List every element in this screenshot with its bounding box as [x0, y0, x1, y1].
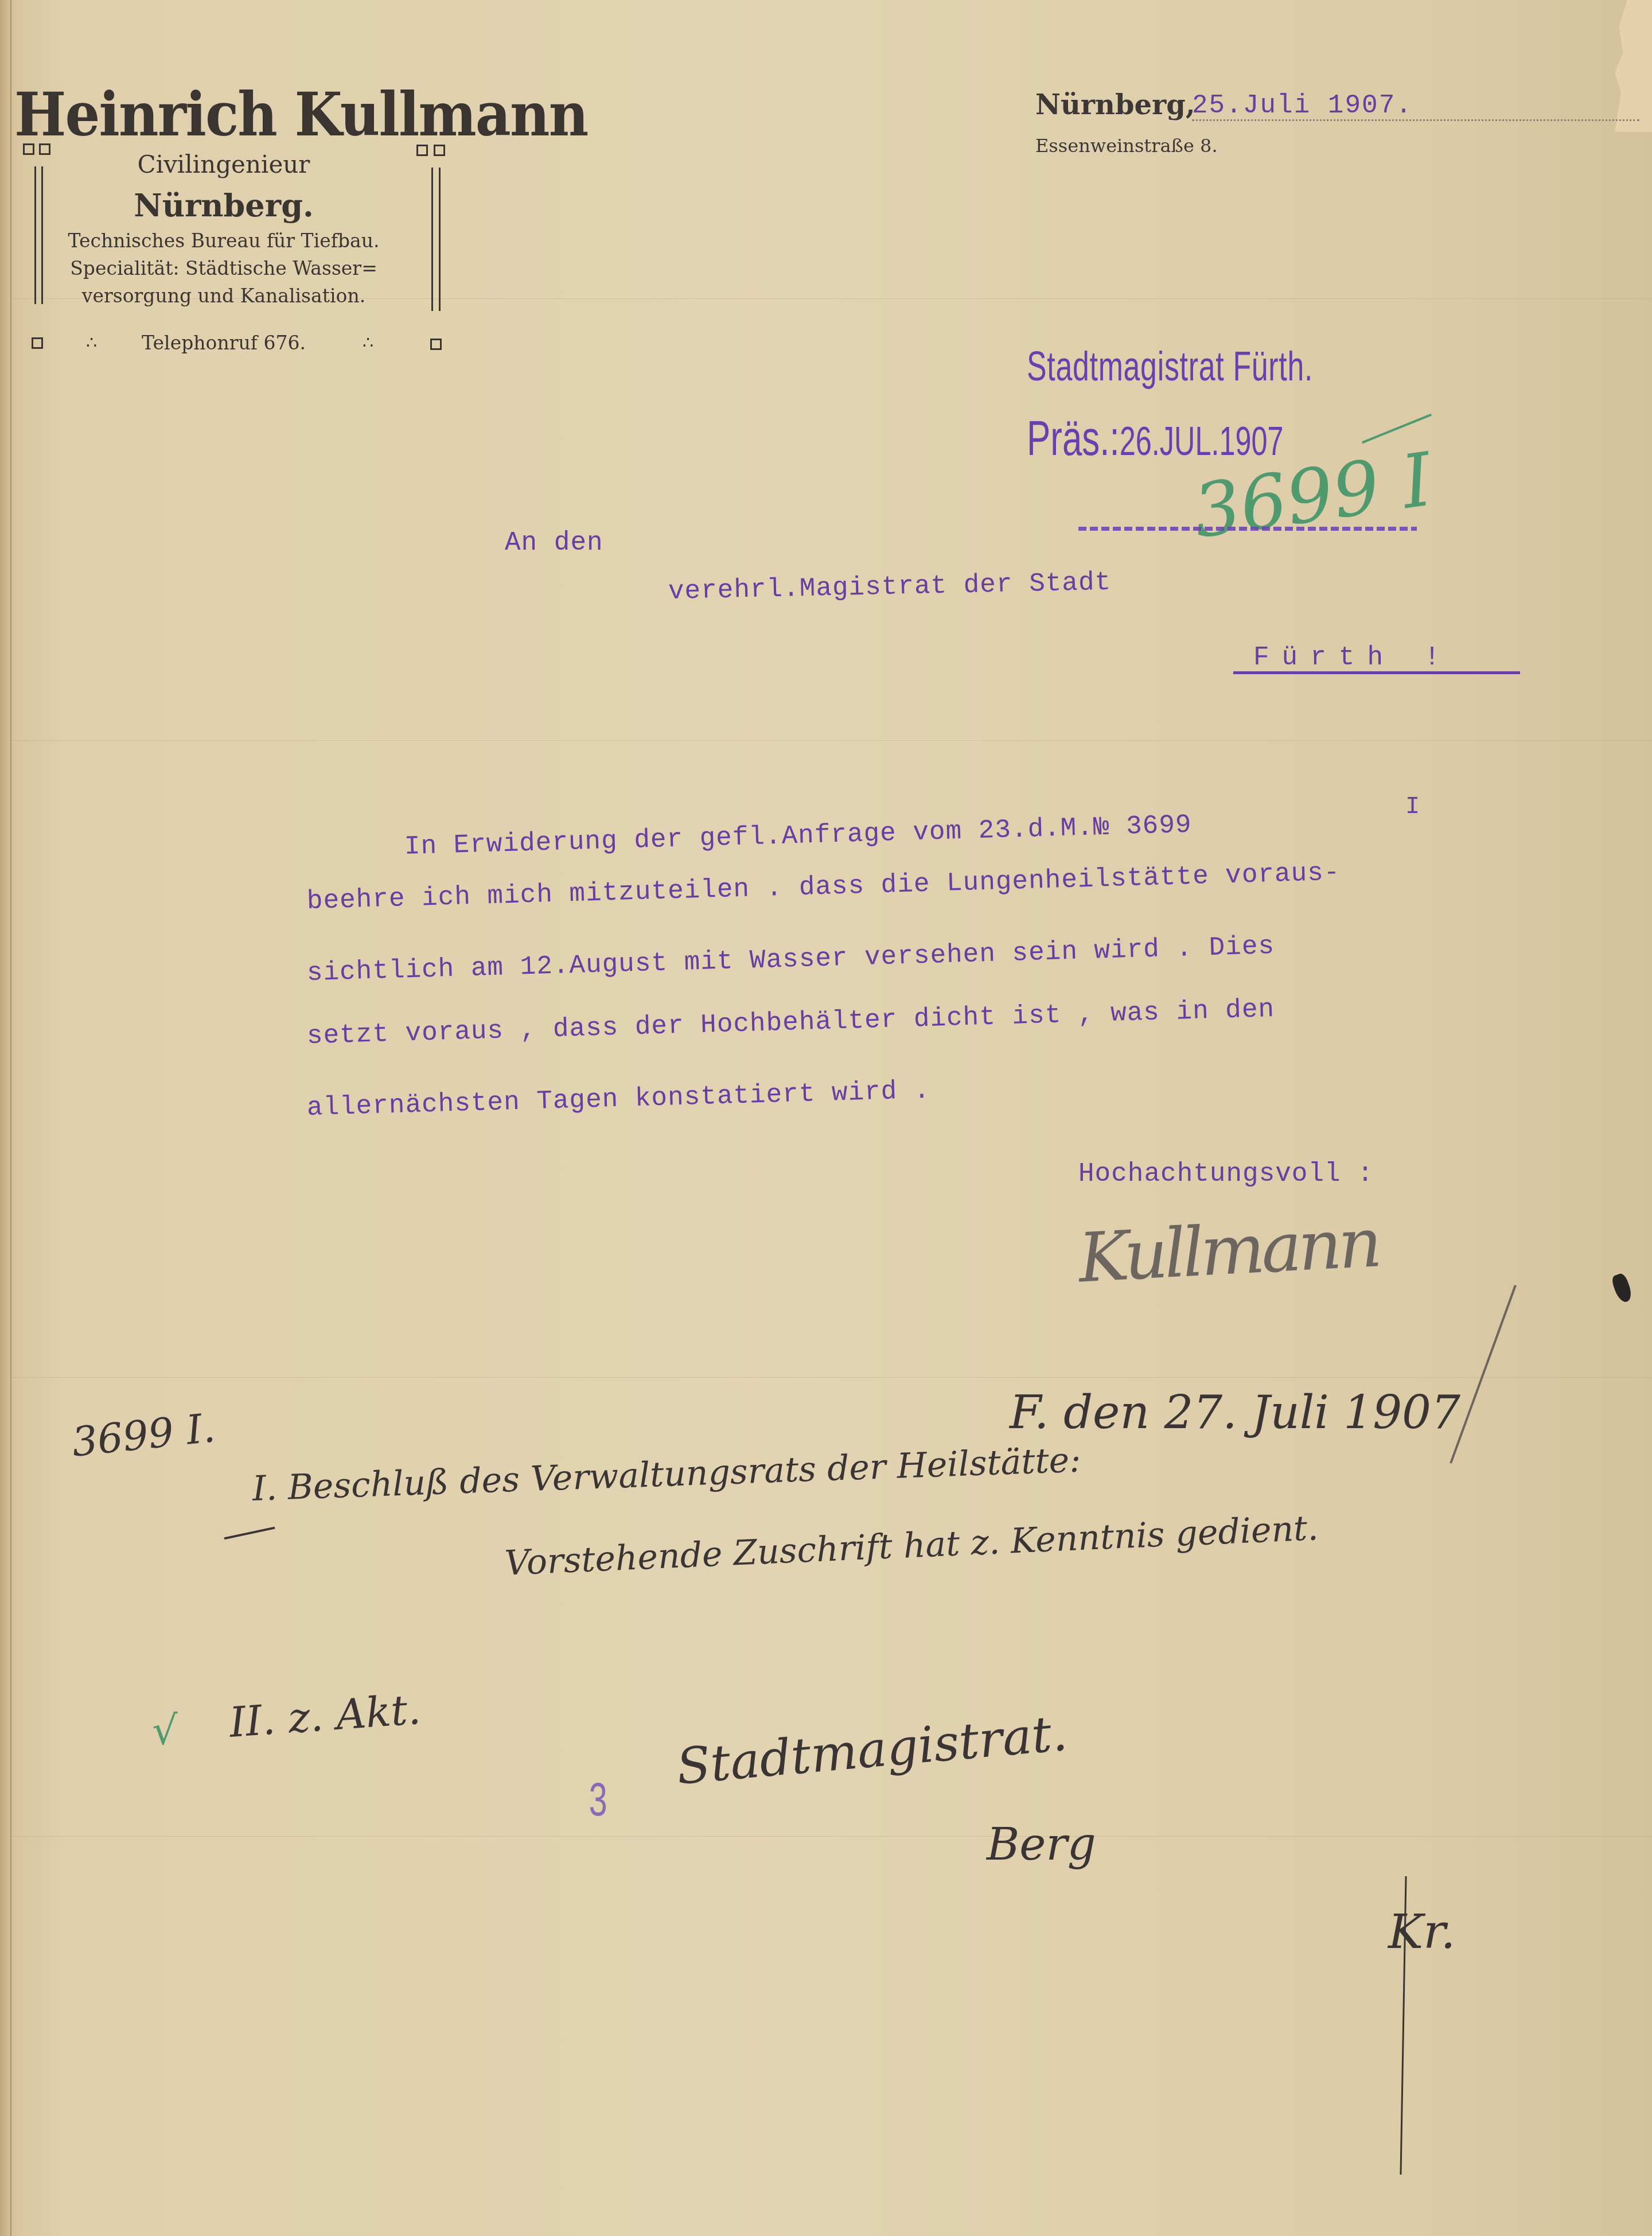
ornament-dots-icon: ∴	[363, 333, 373, 353]
stamp-rule	[1078, 527, 1417, 531]
ornament-square-icon	[434, 145, 445, 156]
ornament-line	[439, 168, 441, 311]
ornament-square-icon	[39, 143, 50, 155]
ornament-line	[41, 166, 43, 304]
letterhead-city: Nürnberg.	[57, 187, 390, 224]
letterhead-phone: Telephonruf 676.	[57, 332, 390, 354]
annotation-authority: Stadtmagistrat.	[675, 1705, 1070, 1796]
closing: Hochachtungsvoll :	[1078, 1159, 1374, 1189]
paper-rule	[11, 1377, 1652, 1378]
ornament-line	[34, 166, 36, 304]
green-check-icon: √	[152, 1707, 178, 1754]
received-stamp-date: 26.JUL.1907	[1120, 419, 1284, 464]
ornament-square-icon	[430, 339, 442, 350]
body-line-2: beehre ich mich mitzuteilen . dass die L…	[306, 858, 1341, 916]
paper-rule	[11, 1836, 1652, 1837]
annotation-item-2: II. z. Akt.	[228, 1685, 422, 1747]
dateline-date: 25.Juli 1907.	[1192, 91, 1413, 120]
annotation-reference: 3699 I.	[69, 1404, 217, 1466]
body-line-3: sichtlich am 12.August mit Wasser verseh…	[306, 931, 1275, 988]
body-superscript: I	[1405, 793, 1420, 820]
address-line-1: An den	[505, 528, 603, 558]
ornament-line	[431, 168, 433, 311]
body-line-1: In Erwiderung der gefl.Anfrage vom 23.d.…	[404, 810, 1192, 862]
ornament-square-icon	[23, 143, 34, 155]
ink-blot	[1610, 1272, 1634, 1304]
annotation-item-1: I. Beschluß des Verwaltungsrats der Heil…	[252, 1440, 1082, 1509]
annotation-item-1-text: Beschluß des Verwaltungsrats der Heilstä…	[287, 1440, 1082, 1508]
annotation-item-1-label: I.	[252, 1468, 278, 1509]
body-line-5: allernächsten Tagen konstatiert wird .	[306, 1076, 930, 1123]
dateline-dotted-rule	[1192, 119, 1639, 121]
received-stamp-date-line: Präs.:26.JUL.1907	[1027, 410, 1284, 467]
letterhead-name: Heinrich Kullmann	[14, 79, 587, 150]
address-line-2: verehrl.Magistrat der Stadt	[668, 567, 1111, 606]
received-stamp-label: Präs.:	[1027, 411, 1120, 466]
received-stamp-office: Stadtmagistrat Fürth.	[1027, 343, 1313, 390]
dateline-place: Nürnberg,	[1035, 89, 1195, 121]
letterhead-line-3: versorgung und Kanalisation.	[57, 285, 390, 307]
annotation-initials-1: Berg	[987, 1819, 1096, 1871]
address-underline	[1233, 671, 1520, 674]
body-line-4: setzt voraus , dass der Hochbehälter dic…	[306, 994, 1275, 1051]
stamp-number: 3	[589, 1773, 607, 1827]
ornament-square-icon	[416, 145, 428, 156]
signature: Kullmann	[1077, 1203, 1381, 1297]
letterhead-line-2: Specialität: Städtische Wasser=	[57, 257, 390, 279]
annotation-date: F. den 27. Juli 1907	[1010, 1386, 1460, 1439]
letterhead-line-1: Technisches Bureau für Tiefbau.	[57, 230, 390, 252]
document-page: Heinrich Kullmann Civilingenieur Nürnber…	[0, 0, 1652, 2236]
annotation-initials-2: Kr.	[1388, 1905, 1456, 1959]
left-paper-edge	[0, 0, 11, 2236]
address-city: Fürth !	[1253, 643, 1452, 672]
letterhead-title: Civilingenieur	[57, 150, 390, 178]
annotation-item-1-continued: Vorstehende Zuschrift hat z. Kenntnis ge…	[504, 1508, 1319, 1584]
paper-rule	[11, 740, 1652, 741]
torn-corner	[1611, 0, 1652, 132]
dateline-street: Essenweinstraße 8.	[1035, 135, 1218, 157]
annotation-underline	[224, 1527, 275, 1540]
ornament-square-icon	[32, 337, 43, 349]
